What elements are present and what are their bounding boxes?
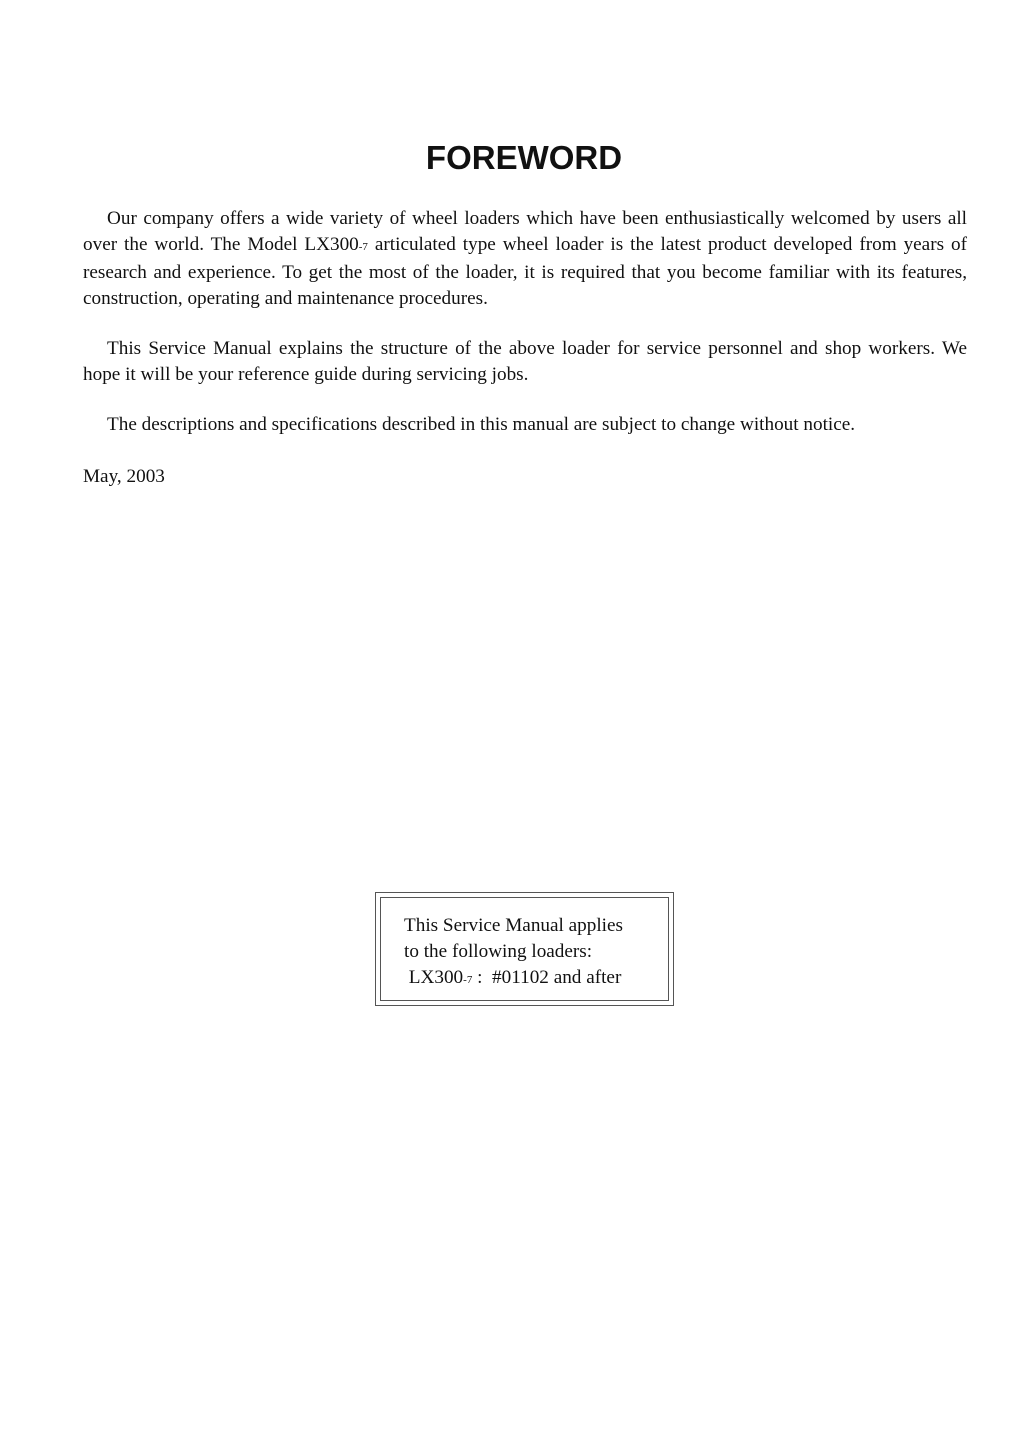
model-suffix: -7 <box>359 241 368 253</box>
foreword-paragraph-intro: Our company offers a wide variety of whe… <box>83 206 967 312</box>
model-name: LX300 <box>404 967 463 988</box>
applicability-text: This Service Manual appliesto the follow… <box>404 913 623 993</box>
foreword-paragraph-purpose: This Service Manual explains the structu… <box>83 336 967 388</box>
applicability-box: This Service Manual appliesto the follow… <box>375 892 674 1006</box>
foreword-paragraph-disclaimer: The descriptions and specifications desc… <box>83 412 967 438</box>
serial-range: : #01102 and after <box>472 967 621 988</box>
applicability-box-inner-border: This Service Manual appliesto the follow… <box>380 897 669 1001</box>
applicability-line-1: This Service Manual applies <box>404 913 623 939</box>
applicability-line-3: LX300-7 : #01102 and after <box>404 965 623 993</box>
applicability-line-2: to the following loaders: <box>404 939 623 965</box>
page-title: FOREWORD <box>0 136 1024 180</box>
publication-date: May, 2003 <box>83 464 967 490</box>
model-suffix: -7 <box>463 974 472 986</box>
